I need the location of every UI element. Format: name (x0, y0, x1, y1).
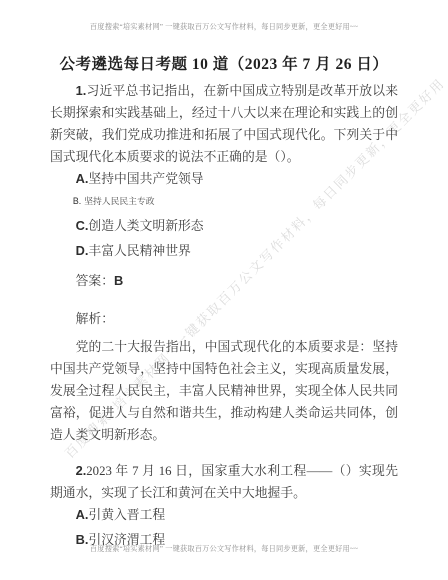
question-1-option-a: A.坚持中国共产党领导 (50, 168, 398, 190)
option-a-text: 坚持中国共产党领导 (88, 172, 203, 186)
document-body: 1.习近平总书记指出，在新中国成立特别是改革开放以来长期探索和实践基础上，经过十… (50, 80, 398, 551)
question-1-option-d: D.丰富人民精神世界 (50, 240, 398, 262)
option-c-text: 创造人类文明新形态 (88, 219, 203, 233)
question-2-text: 2023 年 7 月 16 日，国家重大水利工程——（）实现先期通水，实现了长江… (50, 464, 398, 500)
question-1-answer: 答案：B (50, 270, 398, 292)
footer-promo-note: 百度搜索“培实素材网” 一键获取百万公文写作材料，每日同步更新，更全更好用~~ (0, 544, 448, 554)
question-1-analysis: 党的二十大报告指出，中国式现代化的本质要求是：坚持中国共产党领导，坚持中国特色社… (50, 336, 398, 446)
option-d-label: D. (76, 243, 89, 258)
question-1-number: 1. (76, 83, 87, 98)
question-1-option-b: B.坚持人民民主专政 (50, 190, 398, 212)
answer-value: B (114, 273, 123, 288)
page-title: 公考遴选每日考题 10 道（2023 年 7 月 26 日） (0, 52, 448, 74)
question-2-stem: 2.2023 年 7 月 16 日，国家重大水利工程——（）实现先期通水，实现了… (50, 460, 398, 504)
q2-option-a-text: 引黄入晋工程 (88, 508, 165, 522)
analysis-label: 解析： (50, 308, 398, 330)
option-c-label: C. (76, 218, 89, 233)
question-1-option-c: C.创造人类文明新形态 (50, 215, 398, 237)
answer-label: 答案： (76, 274, 114, 288)
document-page: 百度搜索“培实素材网” 一键获取百万公文写作材料，每日同步更新，更全更好用 百度… (0, 0, 448, 580)
header-promo-note: 百度搜索“培实素材网” 一键获取百万公文写作材料，每日同步更新，更全更好用~~ (0, 22, 448, 32)
question-1-stem: 1.习近平总书记指出，在新中国成立特别是改革开放以来长期探索和实践基础上，经过十… (50, 80, 398, 168)
option-b-label: B. (73, 196, 81, 206)
q2-option-a-label: A. (76, 507, 89, 522)
option-b-text: 坚持人民民主专政 (84, 196, 154, 206)
question-2-option-a: A.引黄入晋工程 (50, 504, 398, 526)
option-d-text: 丰富人民精神世界 (88, 244, 190, 258)
question-1-text: 习近平总书记指出，在新中国成立特别是改革开放以来长期探索和实践基础上，经过十八大… (50, 84, 398, 164)
option-a-label: A. (76, 171, 89, 186)
question-2-number: 2. (76, 463, 87, 478)
